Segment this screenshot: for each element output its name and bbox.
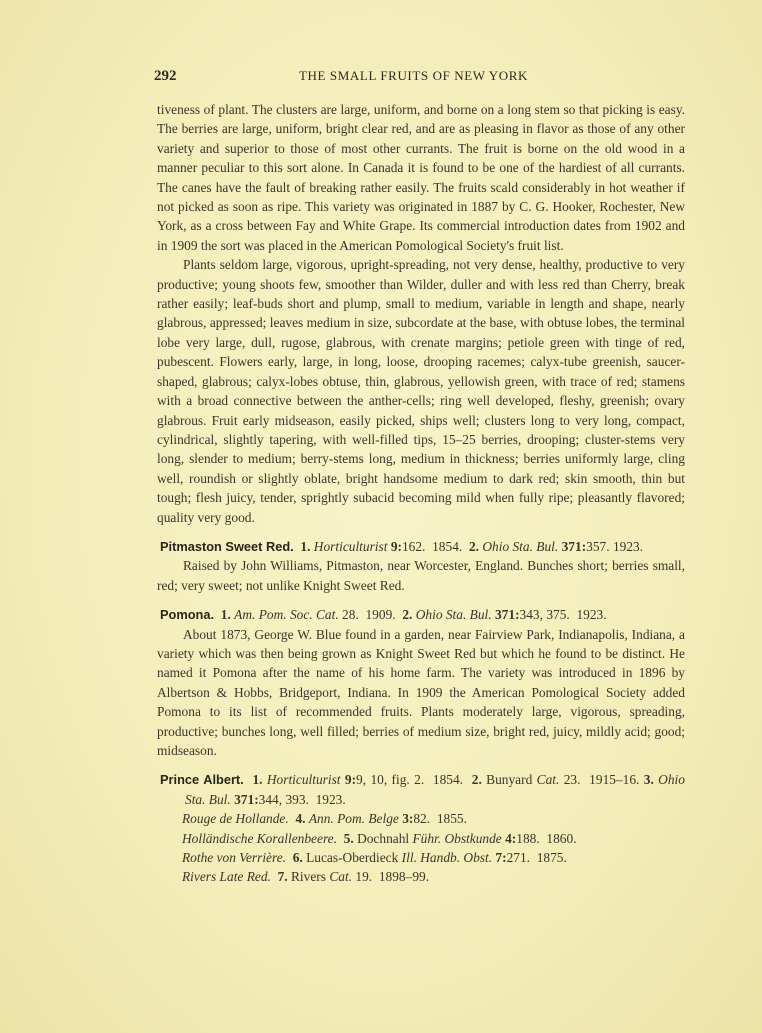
ref-volume: 9: — [391, 539, 402, 554]
variety-entry-pitmaston-sweet-red: Pitmaston Sweet Red. 1. Horticulturist 9… — [157, 537, 685, 595]
ref-source: Ohio Sta. Bul. — [482, 539, 558, 554]
variety-name: Prince Albert. — [160, 772, 244, 787]
ref-volume: 371: — [495, 607, 520, 622]
ref-year: 1854. — [433, 772, 463, 787]
running-title: THE SMALL FRUITS OF NEW YORK — [299, 68, 528, 84]
synonym-line: Rouge de Hollande. 4. Ann. Pom. Belge 3:… — [157, 809, 685, 828]
ref-year: 1898–99. — [379, 869, 429, 884]
ref-source: Cat. — [329, 869, 352, 884]
variety-entry-pomona: Pomona. 1. Am. Pom. Soc. Cat. 28. 1909. … — [157, 605, 685, 760]
ref-source: Ann. Pom. Belge — [309, 811, 399, 826]
entry-heading: Pitmaston Sweet Red. 1. Horticulturist 9… — [160, 537, 685, 556]
ref-page: 271. — [507, 850, 530, 865]
ref-number: 1. — [300, 539, 310, 554]
ref-page: 188. — [516, 831, 539, 846]
ref-page: 343, 375. — [520, 607, 570, 622]
book-page: 292 THE SMALL FRUITS OF NEW YORK tivenes… — [157, 68, 685, 887]
ref-number: 2. — [472, 772, 482, 787]
ref-year: 1875. — [537, 850, 567, 865]
ref-year: 1860. — [546, 831, 576, 846]
variety-description: About 1873, George W. Blue found in a ga… — [157, 625, 685, 761]
ref-volume: 371: — [234, 792, 259, 807]
description-paragraph: Plants seldom large, vigorous, upright-s… — [157, 255, 685, 527]
ref-number: 7. — [278, 869, 288, 884]
ref-number: 4. — [295, 811, 305, 826]
ref-volume: 4: — [505, 831, 516, 846]
ref-volume: 9: — [345, 772, 356, 787]
variety-name: Pomona. — [160, 607, 214, 622]
ref-number: 2. — [402, 607, 412, 622]
ref-year: 1923. — [576, 607, 606, 622]
synonym-line: Holländische Korallenbeere. 5. Dochnahl … — [157, 829, 685, 848]
ref-source: Ill. Handb. Obst. — [402, 850, 492, 865]
ref-volume: 3: — [402, 811, 413, 826]
ref-page: 23. — [564, 772, 581, 787]
ref-number: 1. — [252, 772, 262, 787]
page-body: tiveness of plant. The clusters are larg… — [157, 100, 685, 887]
ref-source: Am. Pom. Soc. Cat. — [234, 607, 339, 622]
entry-heading: Prince Albert. 1. Horticulturist 9:9, 10… — [160, 770, 685, 809]
ref-author: Dochnahl — [357, 831, 409, 846]
synonym-name: Rouge de Hollande. — [182, 811, 289, 826]
ref-source: Horticulturist — [267, 772, 341, 787]
ref-year: 1923. — [316, 792, 346, 807]
ref-page: 357. — [586, 539, 609, 554]
page-header: 292 THE SMALL FRUITS OF NEW YORK — [157, 68, 685, 90]
ref-source: Horticulturist — [314, 539, 388, 554]
variety-description: Raised by John Williams, Pitmaston, near… — [157, 556, 685, 595]
synonym-name: Holländische Korallenbeere. — [182, 831, 337, 846]
ref-number: 6. — [293, 850, 303, 865]
ref-source: Ohio Sta. Bul. — [416, 607, 492, 622]
ref-number: 3. — [644, 772, 654, 787]
ref-year: 1909. — [365, 607, 395, 622]
variety-entry-prince-albert: Prince Albert. 1. Horticulturist 9:9, 10… — [157, 770, 685, 886]
synonym-name: Rivers Late Red. — [182, 869, 271, 884]
ref-page: 28. — [342, 607, 359, 622]
ref-source: Cat. — [537, 772, 560, 787]
ref-author: Rivers — [291, 869, 326, 884]
continued-paragraph: tiveness of plant. The clusters are larg… — [157, 100, 685, 255]
synonym-name: Rothe von Verrière. — [182, 850, 286, 865]
entry-heading: Pomona. 1. Am. Pom. Soc. Cat. 28. 1909. … — [160, 605, 685, 624]
ref-year: 1855. — [437, 811, 467, 826]
ref-year: 1854. — [432, 539, 462, 554]
ref-source: Führ. Obstkunde — [412, 831, 501, 846]
ref-page: 344, 393. — [259, 792, 309, 807]
ref-page: 82. — [413, 811, 430, 826]
ref-number: 5. — [344, 831, 354, 846]
variety-name: Pitmaston Sweet Red. — [160, 539, 294, 554]
synonym-line: Rothe von Verrière. 6. Lucas-Oberdieck I… — [157, 848, 685, 867]
synonym-line: Rivers Late Red. 7. Rivers Cat. 19. 1898… — [157, 867, 685, 886]
ref-page: 9, 10, fig. 2. — [356, 772, 424, 787]
ref-author: Bunyard — [486, 772, 532, 787]
ref-volume: 7: — [495, 850, 506, 865]
ref-number: 2. — [469, 539, 479, 554]
ref-year: 1923. — [613, 539, 643, 554]
ref-number: 1. — [221, 607, 231, 622]
ref-volume: 371: — [562, 539, 587, 554]
page-number: 292 — [154, 68, 177, 85]
ref-author: Lucas-Oberdieck — [306, 850, 398, 865]
ref-page: 162. — [402, 539, 425, 554]
ref-year: 1915–16. — [589, 772, 639, 787]
ref-page: 19. — [355, 869, 372, 884]
